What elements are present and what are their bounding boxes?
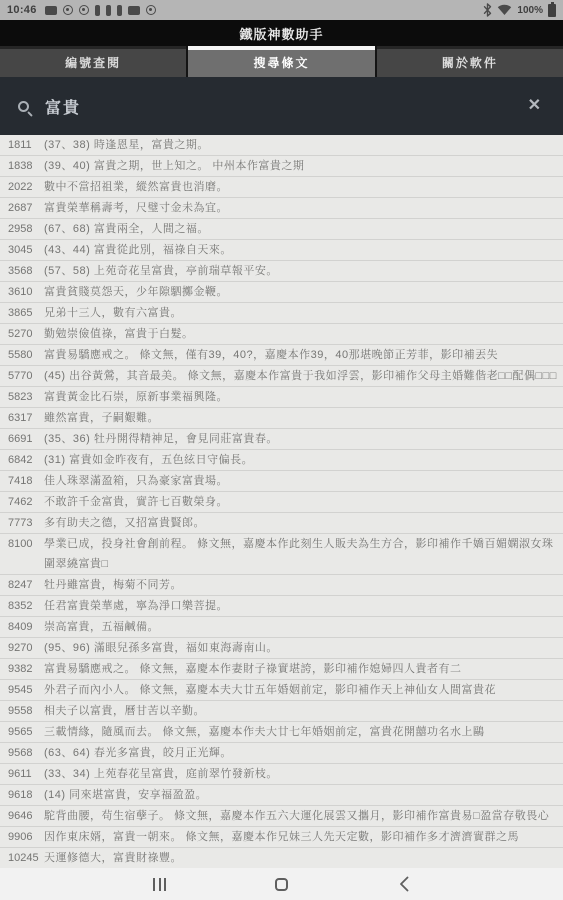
result-row[interactable]: 9568 (63、64) 春光多富貴，皎月正光輝。 <box>0 743 563 764</box>
result-row[interactable]: 3568 (57、58) 上苑奇花呈富貴，亭前瑞草報平安。 <box>0 261 563 282</box>
result-row[interactable]: 9618 (14) 同來堪富貴，安享福盈盈。 <box>0 785 563 806</box>
status-right-icons: 100% <box>483 3 556 17</box>
result-text: (33、34) 上苑春花呈富貴，庭前翠竹發新枝。 <box>44 768 278 780</box>
result-text: 相夫子以富貴，曆甘苦以辛勤。 <box>44 705 205 717</box>
search-icon <box>18 101 29 112</box>
tab-label: 關於軟件 <box>442 54 498 71</box>
result-row[interactable]: 6842 (31) 富貴如金昨夜有，五色絃日守偏長。 <box>0 450 563 471</box>
result-number: 5580 <box>8 345 32 365</box>
result-number: 8409 <box>8 617 32 637</box>
result-number: 2958 <box>8 219 32 239</box>
app-title: 鐵版神數助手 <box>239 24 323 43</box>
result-row[interactable]: 5270 勤勉崇儉值祿，富貴于白髮。 <box>0 324 563 345</box>
result-row[interactable]: 2022 數中不當招祖業，縱然富貴也消磨。 <box>0 177 563 198</box>
result-text: 駝背曲腰，茍生宿孽子。 條文無，嘉慶本作五六大運化展雲又攜月，影印補作富貴易□盈… <box>44 810 549 822</box>
result-row[interactable]: 2687 富貴榮華稱壽考，尺璧寸金未為宜。 <box>0 198 563 219</box>
status-bar: 10:46 100% <box>0 0 563 20</box>
result-row[interactable]: 10245 天運修德大，富貴財祿豐。 <box>0 848 563 868</box>
result-text: 任君富貴榮華處，寧為淨口樂菩提。 <box>44 600 228 612</box>
bluetooth-icon <box>483 3 492 17</box>
result-row[interactable]: 6691 (35、36) 牡丹開得精神足，會見同莊富貴春。 <box>0 429 563 450</box>
result-number: 7773 <box>8 513 32 533</box>
result-text: 因作東床婿，富貴一朝來。 條文無，嘉慶本作兄妹三人先天定數，影印補作多才濟濟實群… <box>44 831 519 843</box>
result-number: 1838 <box>8 156 32 176</box>
recents-button[interactable] <box>140 871 180 897</box>
result-text: (37、38) 時逢恩星，富貴之期。 <box>44 139 209 151</box>
clear-search-button[interactable]: ✕ <box>524 96 545 116</box>
result-number: 2022 <box>8 177 32 197</box>
result-number: 9382 <box>8 659 32 679</box>
result-text: (57、58) 上苑奇花呈富貴，亭前瑞草報平安。 <box>44 265 278 277</box>
result-row[interactable]: 8409 崇高富貴，五福鹹備。 <box>0 617 563 638</box>
result-row[interactable]: 9611 (33、34) 上苑春花呈富貴，庭前翠竹發新枝。 <box>0 764 563 785</box>
result-row[interactable]: 5770 (45) 出谷黃鶯，其音最美。 條文無，嘉慶本作富貴于我如浮雲，影印補… <box>0 366 563 387</box>
result-row[interactable]: 9270 (95、96) 滿眼兒孫多富貴，福如東海壽南山。 <box>0 638 563 659</box>
result-text: 外君子而內小人。 條文無，嘉慶本夫大廿五年婚姻前定，影印補作天上神仙女人間富貴花 <box>44 684 496 696</box>
result-row[interactable]: 3610 富貴貧賤莫怨天，少年隙駟擲金鞭。 <box>0 282 563 303</box>
result-number: 8247 <box>8 575 32 595</box>
home-button[interactable] <box>262 871 302 897</box>
result-row[interactable]: 5580 富貴易驕應戒之。 條文無，僅有39，40?，嘉慶本作39，40那堪晚節… <box>0 345 563 366</box>
result-text: 不敢許千金富貴，實許七百數榮身。 <box>44 496 228 508</box>
tab-about-software[interactable]: 關於軟件 <box>375 46 563 77</box>
result-text: 佳人珠翠滿盈箱，只為豪家富貴場。 <box>44 475 228 487</box>
recents-icon <box>153 878 166 891</box>
notification-pill-icon <box>117 5 122 16</box>
result-row[interactable]: 1838 (39、40) 富貴之期，世上知之。 中州本作富貴之期 <box>0 156 563 177</box>
notification-target-icon <box>79 5 89 15</box>
result-number: 3610 <box>8 282 32 302</box>
result-text: (39、40) 富貴之期，世上知之。 中州本作富貴之期 <box>44 160 304 172</box>
notification-target-icon <box>63 5 73 15</box>
notification-pill-icon <box>106 5 111 16</box>
result-number: 9270 <box>8 638 32 658</box>
result-row[interactable]: 9565 三載情緣，隨風而去。 條文無，嘉慶本作夫大廿七年婚姻前定，富貴花開囍功… <box>0 722 563 743</box>
result-number: 3045 <box>8 240 32 260</box>
battery-percent-text: 100% <box>517 5 543 16</box>
clock-text: 10:46 <box>7 4 37 16</box>
result-row[interactable]: 5823 富貴黃金比石崇，原新事業福興隆。 <box>0 387 563 408</box>
result-text: 三載情緣，隨風而去。 條文無，嘉慶本作夫大廿七年婚姻前定，富貴花開囍功名水上鷗 <box>44 726 485 738</box>
tab-bar: 編號查閱 搜尋條文 關於軟件 <box>0 46 563 77</box>
result-number: 6317 <box>8 408 32 428</box>
wifi-icon <box>497 4 512 16</box>
back-button[interactable] <box>384 871 424 897</box>
result-row[interactable]: 7773 多有助夫之德，又招富貴賢郎。 <box>0 513 563 534</box>
app-screen: 10:46 100% 鐵版神數助手 編號查閱 <box>0 0 563 900</box>
result-text: (14) 同來堪富貴，安享福盈盈。 <box>44 789 207 801</box>
result-row[interactable]: 9646 駝背曲腰，茍生宿孽子。 條文無，嘉慶本作五六大運化展雲又攜月，影印補作… <box>0 806 563 827</box>
result-number: 9618 <box>8 785 32 805</box>
tab-label: 搜尋條文 <box>253 54 309 71</box>
result-number: 5770 <box>8 366 32 386</box>
result-text: 牡丹雖富貴，梅菊不同芳。 <box>44 579 182 591</box>
result-number: 3865 <box>8 303 32 323</box>
notification-pill-icon <box>95 5 100 16</box>
result-number: 9568 <box>8 743 32 763</box>
result-number: 7462 <box>8 492 32 512</box>
result-number: 6691 <box>8 429 32 449</box>
notification-target-icon <box>146 5 156 15</box>
result-number: 9611 <box>8 764 32 784</box>
result-row[interactable]: 8352 任君富貴榮華處，寧為淨口樂菩提。 <box>0 596 563 617</box>
result-row[interactable]: 9545 外君子而內小人。 條文無，嘉慶本夫大廿五年婚姻前定，影印補作天上神仙女… <box>0 680 563 701</box>
notification-rect-icon <box>128 6 140 15</box>
result-text: (31) 富貴如金昨夜有，五色絃日守偏長。 <box>44 454 253 466</box>
result-text: 學業已成，投身社會創前程。 條文無，嘉慶本作此刻生人販夫為生方合，影印補作千嬌百… <box>44 538 554 570</box>
notification-icons <box>45 5 156 16</box>
result-text: 勤勉崇儉值祿，富貴于白髮。 <box>44 328 194 340</box>
result-text: 富貴榮華稱壽考，尺璧寸金未為宜。 <box>44 202 228 214</box>
result-text: (35、36) 牡丹開得精神足，會見同莊富貴春。 <box>44 433 278 445</box>
result-row[interactable]: 8247 牡丹雖富貴，梅菊不同芳。 <box>0 575 563 596</box>
search-input[interactable]: 富貴 <box>45 95 524 118</box>
result-text: 數中不當招祖業，縱然富貴也消磨。 <box>44 181 228 193</box>
notification-rect-icon <box>45 6 57 15</box>
result-row[interactable]: 2958 (67、68) 富貴兩全，人間之福。 <box>0 219 563 240</box>
result-row[interactable]: 9558 相夫子以富貴，曆甘苦以辛勤。 <box>0 701 563 722</box>
result-number: 9565 <box>8 722 32 742</box>
result-row[interactable]: 3865 兄弟十三人，數有六富貴。 <box>0 303 563 324</box>
result-number: 7418 <box>8 471 32 491</box>
result-number: 9558 <box>8 701 32 721</box>
result-number: 9545 <box>8 680 32 700</box>
result-text: 天運修德大，富貴財祿豐。 <box>44 852 182 864</box>
battery-icon <box>548 4 556 17</box>
result-number: 6842 <box>8 450 32 470</box>
result-row[interactable]: 7462 不敢許千金富貴，實許七百數榮身。 <box>0 492 563 513</box>
result-row[interactable]: 7418 佳人珠翠滿盈箱，只為豪家富貴場。 <box>0 471 563 492</box>
result-row[interactable]: 9382 富貴易驕應戒之。 條文無，嘉慶本作妻財子祿實堪誇，影印補作媳婦四人貴者… <box>0 659 563 680</box>
results-list: 1811 (37、38) 時逢恩星，富貴之期。 1838 (39、40) 富貴之… <box>0 135 563 868</box>
result-number: 1811 <box>8 135 32 155</box>
result-number: 2687 <box>8 198 32 218</box>
result-row[interactable]: 8100 學業已成，投身社會創前程。 條文無，嘉慶本作此刻生人販夫為生方合，影印… <box>0 534 563 575</box>
result-row[interactable]: 1811 (37、38) 時逢恩星，富貴之期。 <box>0 135 563 156</box>
tab-label: 編號查閱 <box>65 54 121 71</box>
search-bar: 富貴 ✕ <box>0 77 563 135</box>
tab-number-lookup[interactable]: 編號查閱 <box>0 46 186 77</box>
result-number: 3568 <box>8 261 32 281</box>
result-number: 5270 <box>8 324 32 344</box>
result-text: (95、96) 滿眼兒孫多富貴，福如東海壽南山。 <box>44 642 278 654</box>
back-icon <box>399 876 409 892</box>
result-text: 兄弟十三人，數有六富貴。 <box>44 307 182 319</box>
result-text: 多有助夫之德，又招富貴賢郎。 <box>44 517 205 529</box>
result-text: (63、64) 春光多富貴，皎月正光輝。 <box>44 747 232 759</box>
result-text: (45) 出谷黃鶯，其音最美。 條文無，嘉慶本作富貴于我如浮雲，影印補作父母主婚… <box>44 370 557 382</box>
result-text: (67、68) 富貴兩全，人間之福。 <box>44 223 209 235</box>
result-number: 9646 <box>8 806 32 826</box>
home-icon <box>275 878 288 891</box>
result-row[interactable]: 3045 (43、44) 富貴從此別，福祿自天來。 <box>0 240 563 261</box>
app-title-bar: 鐵版神數助手 <box>0 20 563 46</box>
result-text: 富貴貧賤莫怨天，少年隙駟擲金鞭。 <box>44 286 228 298</box>
result-text: 富貴易驕應戒之。 條文無，嘉慶本作妻財子祿實堪誇，影印補作媳婦四人貴者有二 <box>44 663 462 675</box>
tab-search-clauses[interactable]: 搜尋條文 <box>186 46 374 77</box>
result-text: 雖然富貴，子嗣艱難。 <box>44 412 159 424</box>
result-text: 富貴易驕應戒之。 條文無，僅有39，40?，嘉慶本作39，40那堪晚節正芳菲，影… <box>44 349 498 361</box>
result-text: 崇高富貴，五福鹹備。 <box>44 621 159 633</box>
result-text: 富貴黃金比石崇，原新事業福興隆。 <box>44 391 228 403</box>
result-number: 8352 <box>8 596 32 616</box>
result-text: (43、44) 富貴從此別，福祿自天來。 <box>44 244 232 256</box>
result-number: 9906 <box>8 827 32 847</box>
result-number: 5823 <box>8 387 32 407</box>
android-nav-bar <box>0 868 563 900</box>
result-number: 8100 <box>8 534 32 554</box>
result-number: 10245 <box>8 848 39 868</box>
result-row[interactable]: 9906 因作東床婿，富貴一朝來。 條文無，嘉慶本作兄妹三人先天定數，影印補作多… <box>0 827 563 848</box>
result-row[interactable]: 6317 雖然富貴，子嗣艱難。 <box>0 408 563 429</box>
